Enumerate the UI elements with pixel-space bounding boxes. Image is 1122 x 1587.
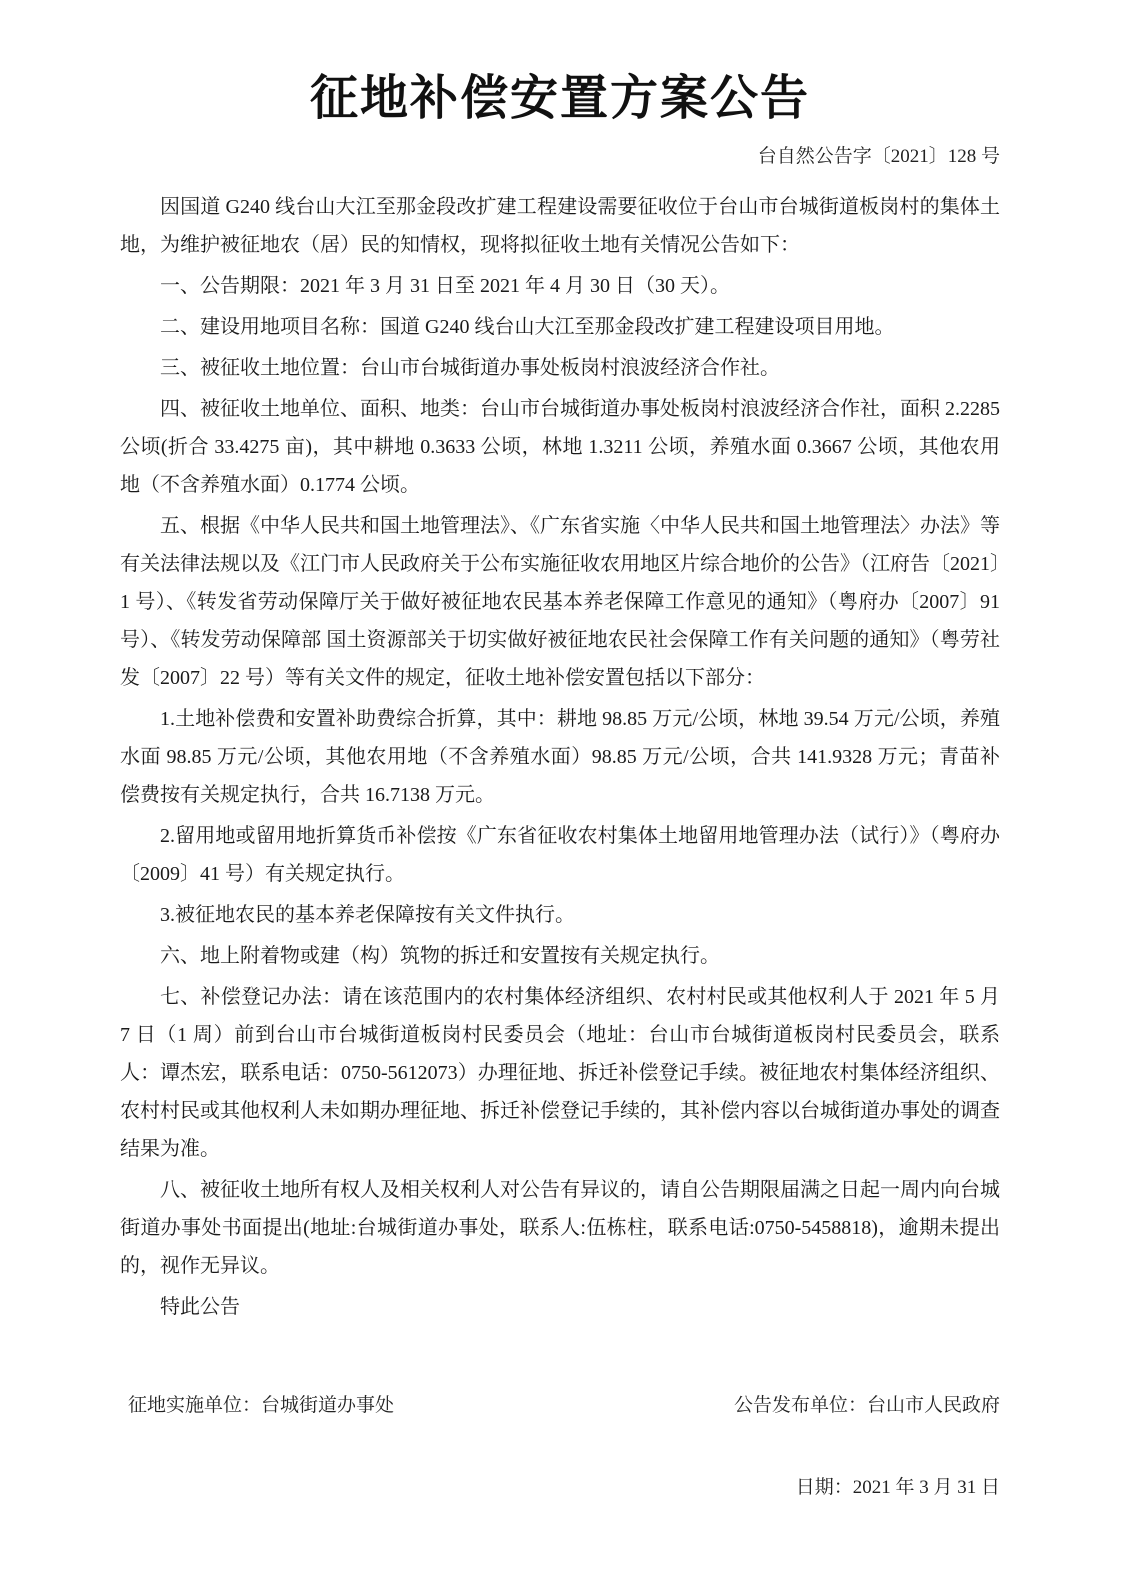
- paragraph-item-3: 三、被征收土地位置：台山市台城街道办事处板岗村浪波经济合作社。: [120, 349, 1000, 387]
- paragraph-item-5: 五、根据《中华人民共和国土地管理法》、《广东省实施〈中华人民共和国土地管理法〉办…: [120, 507, 1000, 697]
- document-title: 征地补偿安置方案公告: [120, 68, 1000, 130]
- issuing-unit: 公告发布单位：台山市人民政府: [734, 1392, 1000, 1420]
- paragraph-item-4: 四、被征收土地单位、面积、地类：台山市台城街道办事处板岗村浪波经济合作社，面积 …: [120, 390, 1000, 504]
- closing-statement: 特此公告: [120, 1288, 1000, 1326]
- paragraph-item-5-sub-3: 3.被征地农民的基本养老保障按有关文件执行。: [120, 896, 1000, 934]
- announcement-page: 征地补偿安置方案公告 台自然公告字〔2021〕128 号 因国道 G240 线台…: [0, 0, 1122, 1587]
- paragraph-item-7: 七、补偿登记办法：请在该范围内的农村集体经济组织、农村村民或其他权利人于 202…: [120, 978, 1000, 1168]
- paragraph-intro: 因国道 G240 线台山大江至那金段改扩建工程建设需要征收位于台山市台城街道板岗…: [120, 188, 1000, 264]
- implementing-unit: 征地实施单位：台城街道办事处: [128, 1392, 394, 1420]
- document-number: 台自然公告字〔2021〕128 号: [120, 144, 1000, 170]
- paragraph-item-5-sub-2: 2.留用地或留用地折算货币补偿按《广东省征收农村集体土地留用地管理办法（试行）》…: [120, 817, 1000, 893]
- footer-units-row: 征地实施单位：台城街道办事处 公告发布单位：台山市人民政府: [120, 1392, 1000, 1420]
- paragraph-item-6: 六、地上附着物或建（构）筑物的拆迁和安置按有关规定执行。: [120, 937, 1000, 975]
- issue-date: 日期：2021 年 3 月 31 日: [120, 1474, 1000, 1502]
- paragraph-item-2: 二、建设用地项目名称：国道 G240 线台山大江至那金段改扩建工程建设项目用地。: [120, 308, 1000, 346]
- paragraph-item-5-sub-1: 1.土地补偿费和安置补助费综合折算，其中：耕地 98.85 万元/公顷，林地 3…: [120, 700, 1000, 814]
- paragraph-item-1: 一、公告期限：2021 年 3 月 31 日至 2021 年 4 月 30 日（…: [120, 267, 1000, 305]
- paragraph-item-8: 八、被征收土地所有权人及相关权利人对公告有异议的，请自公告期限届满之日起一周内向…: [120, 1171, 1000, 1285]
- document-body: 因国道 G240 线台山大江至那金段改扩建工程建设需要征收位于台山市台城街道板岗…: [120, 188, 1000, 1326]
